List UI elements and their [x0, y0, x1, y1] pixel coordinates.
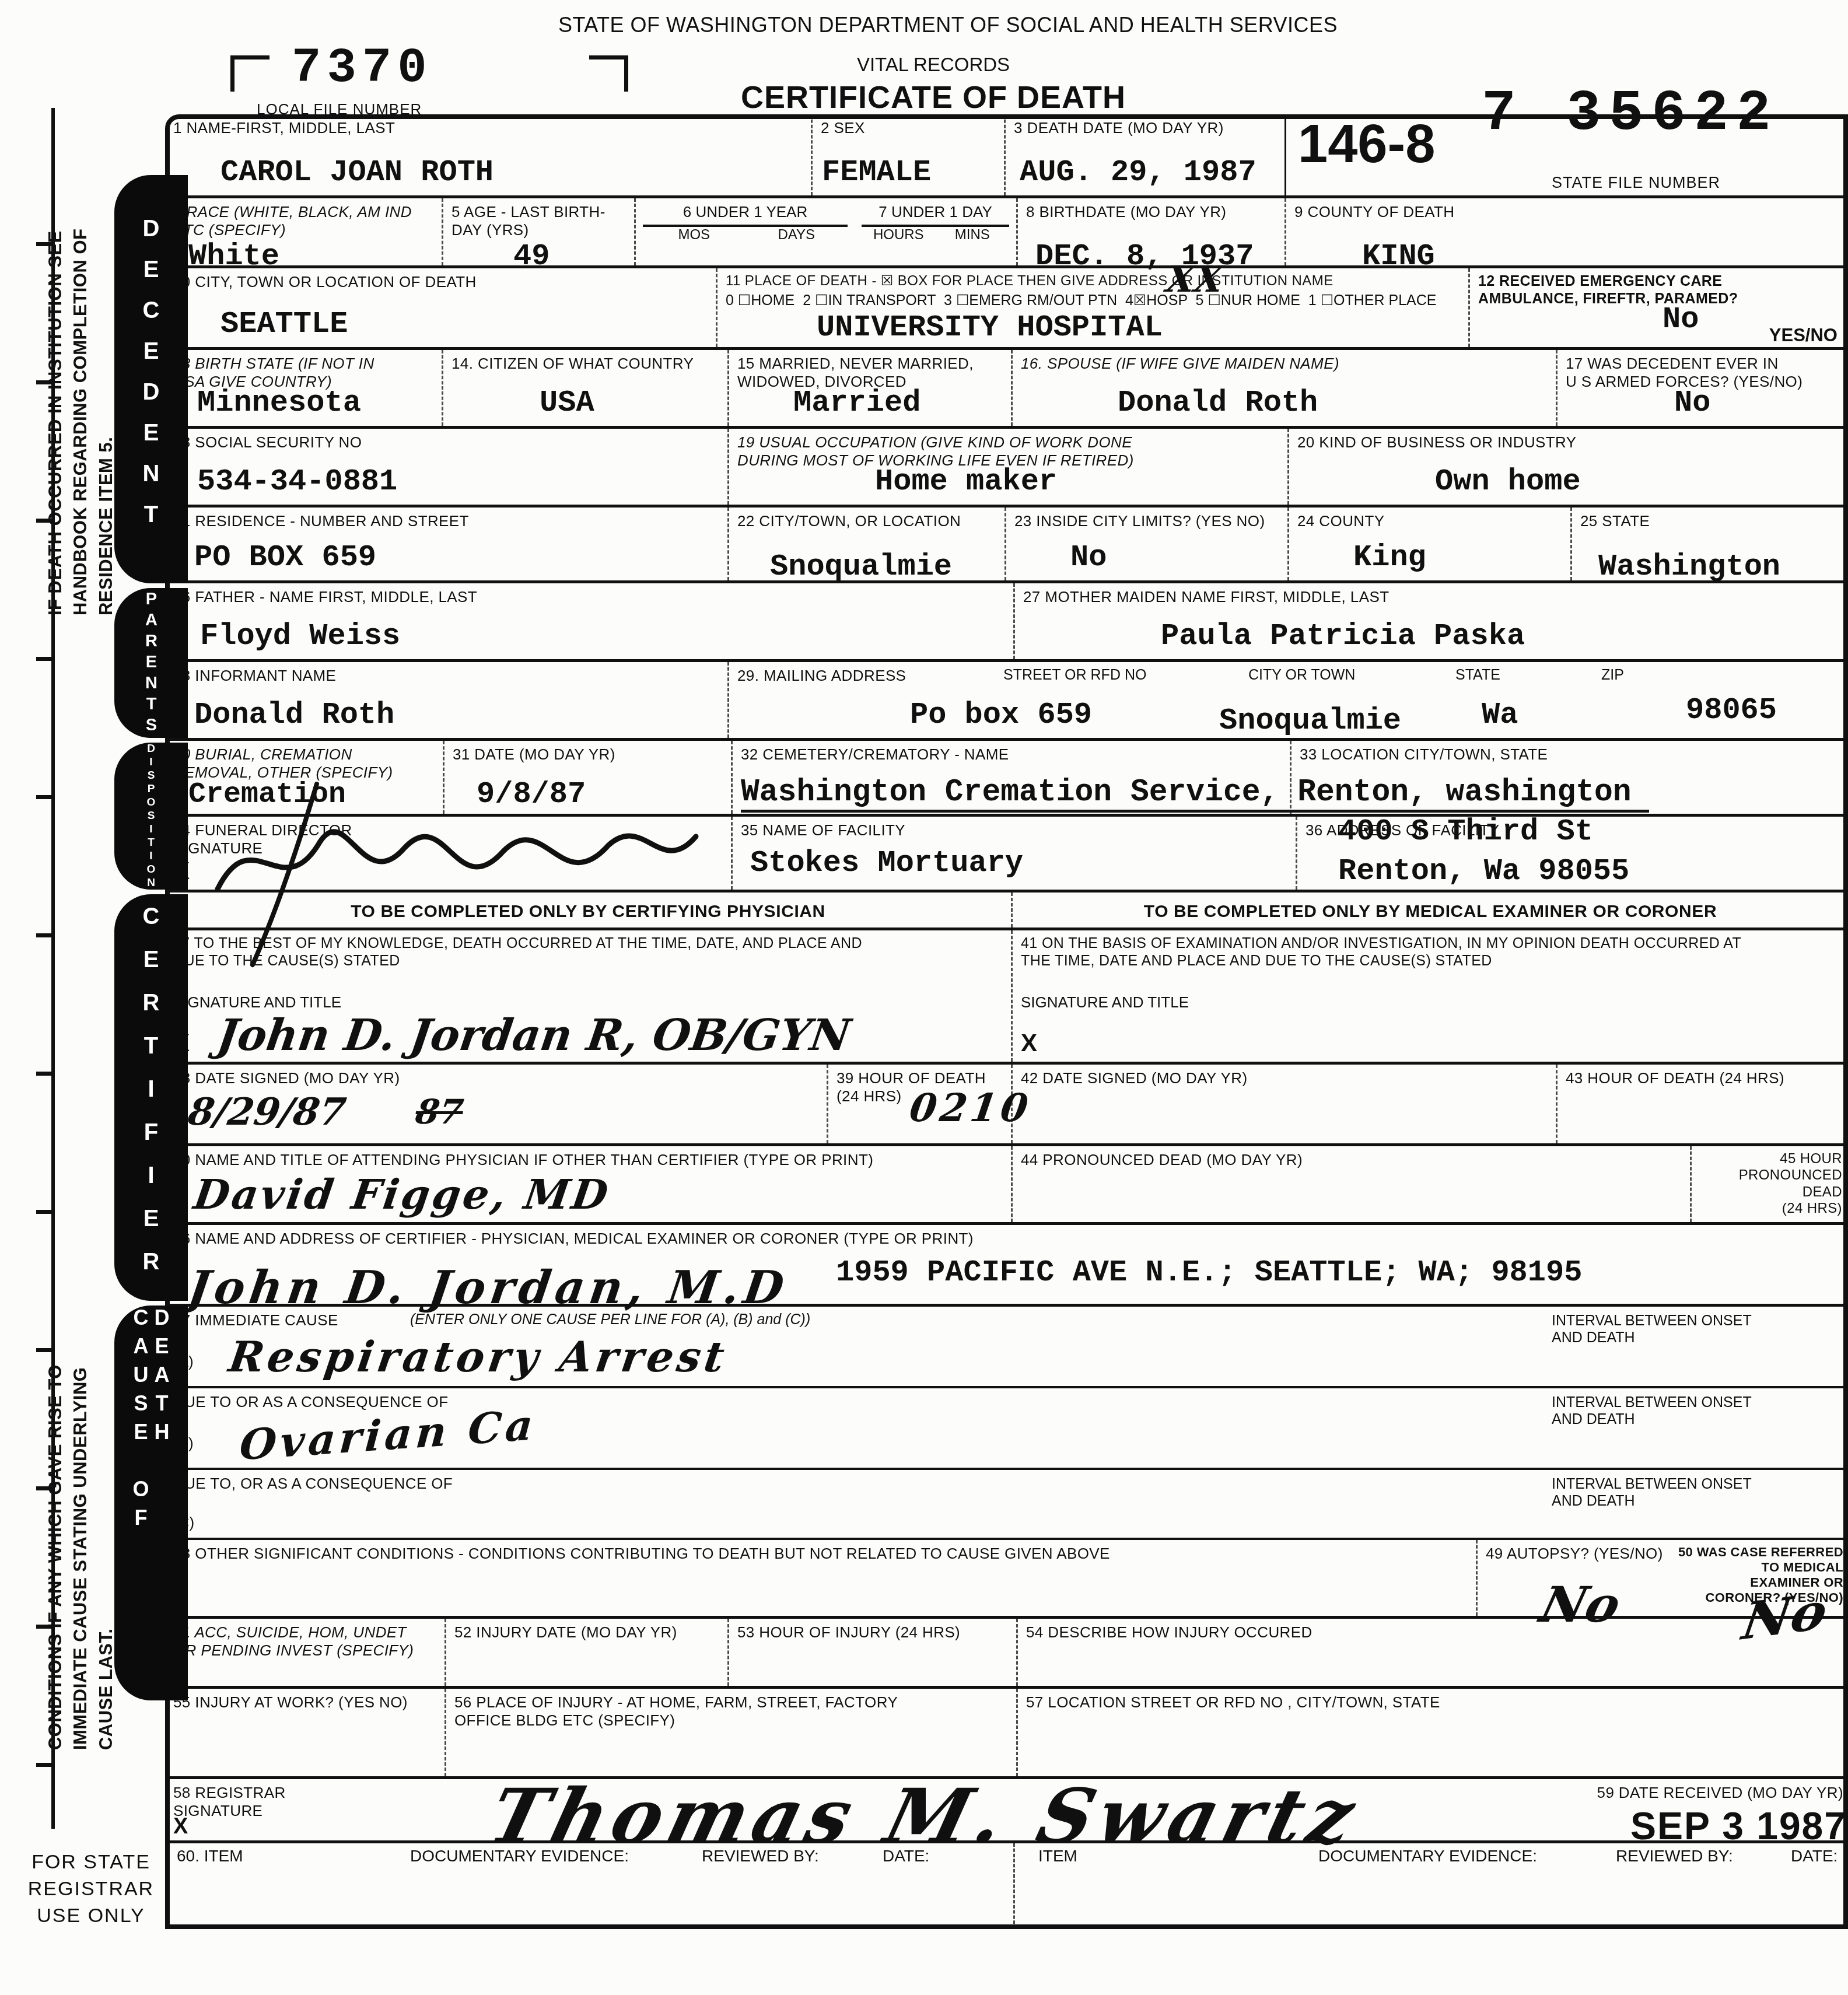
field-injury-at-work: 55 INJURY AT WORK? (YES NO)	[165, 1689, 446, 1776]
field-injury-location: 57 LOCATION STREET OR RFD NO , CITY/TOWN…	[1018, 1689, 1848, 1776]
field-business-industry-label: 20 KIND OF BUSINESS OR INDUSTRY	[1289, 429, 1848, 452]
field-inside-city-limits-value: No	[1070, 540, 1107, 575]
field-sex: 2 SEX FEMALE	[813, 114, 1006, 195]
field-ssn-value: 534-34-0881	[197, 464, 397, 499]
reviewed-by2-label: REVIEWED BY:	[1616, 1847, 1733, 1866]
field-autopsy-label: 49 AUTOPSY? (YES/NO)	[1478, 1540, 1668, 1563]
field-under-1-day-label: 7 UNDER 1 DAY	[878, 203, 992, 220]
field-disposition-location-label: 33 LOCATION CITY/TOWN, STATE	[1291, 741, 1848, 764]
certificate-title: CERTIFICATE OF DEATH	[525, 79, 1342, 116]
interval-label-b: INTERVAL BETWEEN ONSET AND DEATH	[1552, 1388, 1848, 1428]
field-hour-pronounced-dead-label: 45 HOUR PRONOUNCED DEAD (24 HRS)	[1692, 1146, 1848, 1217]
field-injury-date: 52 INJURY DATE (MO DAY YR)	[446, 1619, 729, 1686]
mailing-city-label: CITY OR TOWN	[1248, 667, 1355, 684]
interval-label-a: INTERVAL BETWEEN ONSET AND DEATH	[1552, 1307, 1848, 1346]
field-mother-name-value: Paula Patricia Paska	[1161, 619, 1525, 653]
field-ssn-label: 18 SOCIAL SECURITY NO	[165, 429, 727, 452]
field-residence-street-value: PO BOX 659	[194, 540, 376, 575]
field-business-industry: 20 KIND OF BUSINESS OR INDUSTRY Own home	[1289, 429, 1848, 505]
field-birthdate-label: 8 BIRTHDATE (MO DAY YR)	[1018, 198, 1284, 221]
field-residence-county-value: King	[1353, 540, 1426, 575]
field-disposition-date-label: 31 DATE (MO DAY YR)	[444, 741, 731, 764]
field-place-of-injury-label: 56 PLACE OF INJURY - AT HOME, FARM, STRE…	[446, 1689, 1016, 1729]
field-acc-suicide-hom-label: 51 ACC, SUICIDE, HOM, UNDET OR PENDING I…	[165, 1619, 444, 1659]
field-date-received: 59 DATE RECEIVED (MO DAY YR) SEP 3 1987	[1686, 1779, 1848, 1840]
field-place-of-death-label: 11 PLACE OF DEATH - ☒ BOX FOR PLACE THEN…	[717, 268, 1468, 289]
mailing-street-value: Po box 659	[910, 698, 1092, 732]
field-examiner-date-signed-label: 42 DATE SIGNED (MO DAY YR)	[1013, 1065, 1556, 1087]
field-residence-state-label: 25 STATE	[1572, 508, 1848, 530]
field-city-of-death: 10 CITY, TOWN OR LOCATION OF DEATH SEATT…	[165, 268, 717, 347]
field-examiner-certification: 41 ON THE BASIS OF EXAMINATION AND/OR IN…	[1013, 930, 1848, 1062]
mailing-state-label: STATE	[1455, 667, 1500, 684]
row-informant: 28 INFORMANT NAME Donald Roth 29. MAILIN…	[165, 662, 1848, 741]
field-physician-certification: 37 TO THE BEST OF MY KNOWLEDGE, DEATH OC…	[165, 930, 1013, 1062]
registrar-x: X	[173, 1814, 188, 1839]
field-cause-due-to-1: DUE TO OR AS A CONSEQUENCE OF (B) Ovaria…	[165, 1388, 1552, 1468]
field-cemetery-crematory-label: 32 CEMETERY/CREMATORY - NAME	[733, 741, 1290, 764]
field-birthdate: 8 BIRTHDATE (MO DAY YR) DEC. 8, 1937	[1018, 198, 1286, 265]
field-informant-name-value: Donald Roth	[194, 698, 394, 732]
row-certifier-band: TO BE COMPLETED ONLY BY CERTIFYING PHYSI…	[165, 892, 1848, 930]
medical-examiner-band: TO BE COMPLETED ONLY BY MEDICAL EXAMINER…	[1013, 892, 1848, 928]
certifying-physician-band: TO BE COMPLETED ONLY BY CERTIFYING PHYSI…	[165, 892, 1013, 928]
row-certifier-name-address: 46 NAME AND ADDRESS OF CERTIFIER - PHYSI…	[165, 1225, 1848, 1307]
field-facility-address-line1: 400 S Third St	[1338, 814, 1593, 849]
state-file-number: 7 35622	[1482, 82, 1779, 146]
field-spouse: 16. SPOUSE (IF WIFE GIVE MAIDEN NAME) Do…	[1013, 350, 1557, 426]
field-father-name-label: 26 FATHER - NAME FIRST, MIDDLE, LAST	[165, 583, 1013, 606]
date-received-stamp: SEP 3 1987	[1630, 1804, 1847, 1848]
batch-code: 146-8	[1298, 114, 1435, 175]
certifier-name-handwritten: John D. Jordan, M.D	[185, 1261, 792, 1314]
field-birth-state: 13 BIRTH STATE (IF NOT IN USA GIVE COUNT…	[165, 350, 443, 426]
field-inside-city-limits: 23 INSIDE CITY LIMITS? (YES NO) No	[1006, 508, 1289, 580]
field-injury-location-label: 57 LOCATION STREET OR RFD NO , CITY/TOWN…	[1018, 1689, 1848, 1711]
field-cause-due-to-2: DUE TO, OR AS A CONSEQUENCE OF (C)	[165, 1470, 1552, 1538]
row-funeral: 34 FUNERAL DIRECTOR SIGNATURE X 35 NAME …	[165, 817, 1848, 892]
field-informant-name: 28 INFORMANT NAME Donald Roth	[165, 662, 729, 738]
place-of-death-hand-mark: XX	[1164, 258, 1226, 300]
field-residence-street: 21 RESIDENCE - NUMBER AND STREET PO BOX …	[165, 508, 729, 580]
examiner-signature-title-label: SIGNATURE AND TITLE	[1021, 993, 1189, 1012]
field-armed-forces: 17 WAS DECEDENT EVER IN U S ARMED FORCES…	[1557, 350, 1848, 426]
field-referred-to-examiner: 50 WAS CASE REFERRED TO MEDICAL EXAMINER…	[1668, 1540, 1848, 1616]
field-sex-value: FEMALE	[822, 155, 931, 190]
field-marital-status: 15 MARRIED, NEVER MARRIED, WIDOWED, DIVO…	[729, 350, 1013, 426]
field-city-of-death-value: SEATTLE	[220, 307, 348, 341]
field-attending-physician-label: 40 NAME AND TITLE OF ATTENDING PHYSICIAN…	[165, 1146, 1011, 1169]
field-facility-name: 35 NAME OF FACILITY Stokes Mortuary	[733, 817, 1297, 890]
field-burial-cremation-label: 30 BURIAL, CREMATION REMOVAL, OTHER (SPE…	[165, 741, 443, 781]
physician-signature: John D. Jordan R, OB/GYN	[214, 1010, 853, 1060]
row-parents: 26 FATHER - NAME FIRST, MIDDLE, LAST Flo…	[165, 583, 1848, 662]
field-residence-city-value: Snoqualmie	[770, 549, 952, 584]
field-referred-to-examiner-value: No	[1738, 1580, 1831, 1651]
item1-label: 60. ITEM	[177, 1847, 243, 1866]
field-examiner-date-signed: 42 DATE SIGNED (MO DAY YR)	[1013, 1065, 1557, 1143]
field-marital-status-label: 15 MARRIED, NEVER MARRIED, WIDOWED, DIVO…	[729, 350, 1011, 390]
field-residence-city-label: 22 CITY/TOWN, OR LOCATION	[729, 508, 1005, 530]
field-emergency-care-value: No	[1662, 302, 1699, 337]
row-injury-2: 55 INJURY AT WORK? (YES NO) 56 PLACE OF …	[165, 1689, 1848, 1779]
row-registrar: 58 REGISTRAR SIGNATURE X Thomas M. Swart…	[165, 1779, 1848, 1843]
row-birthstate-citizen-married: 13 BIRTH STATE (IF NOT IN USA GIVE COUNT…	[165, 350, 1848, 429]
field-facility-name-label: 35 NAME OF FACILITY	[733, 817, 1296, 839]
field-business-industry-value: Own home	[1435, 464, 1581, 499]
emergency-care-yesno-label: YES/NO	[1769, 325, 1838, 346]
field-residence-street-label: 21 RESIDENCE - NUMBER AND STREET	[165, 508, 727, 530]
under1yr-days-label: DAYS	[745, 227, 848, 243]
under1yr-mos-label: MOS	[643, 227, 745, 243]
row-ssn-occupation: 18 SOCIAL SECURITY NO 534-34-0881 19 USU…	[165, 429, 1848, 508]
field-spouse-value: Donald Roth	[1118, 386, 1318, 420]
field-place-of-death-value: UNIVERSITY HOSPITAL	[817, 310, 1163, 345]
vital-records-subtitle: VITAL RECORDS	[525, 54, 1342, 76]
mailing-state-value: Wa	[1482, 698, 1518, 732]
field-cemetery-crematory-value: Washington Cremation Service, Renton, wa…	[741, 775, 1649, 813]
field-date-signed-label: 38 DATE SIGNED (MO DAY YR)	[165, 1065, 827, 1087]
field-certifier-name-address: 46 NAME AND ADDRESS OF CERTIFIER - PHYSI…	[165, 1225, 1848, 1304]
local-file-number-label: LOCAL FILE NUMBER	[257, 100, 422, 118]
row-race-age-birthdate: 4 RACE (WHITE, BLACK, AM IND ETC (SPECIF…	[165, 198, 1848, 268]
field-residence-state-value: Washington	[1598, 549, 1780, 584]
field-facility-address: 36 ADDRESS OF FACILITY 400 S Third St Re…	[1297, 817, 1848, 890]
field-examiner-hour-of-death-label: 43 HOUR OF DEATH (24 HRS)	[1557, 1065, 1848, 1087]
interval-onset-death-b: INTERVAL BETWEEN ONSET AND DEATH	[1552, 1388, 1848, 1468]
registrar-signature: Thomas M. Swartz	[481, 1773, 1368, 1860]
field-autopsy-value: No	[1535, 1576, 1626, 1633]
field-death-date-label: 3 DEATH DATE (MO DAY YR)	[1006, 114, 1284, 137]
field-hour-pronounced-dead: 45 HOUR PRONOUNCED DEAD (24 HRS)	[1692, 1146, 1848, 1222]
field-emergency-care: 12 RECEIVED EMERGENCY CARE AMBULANCE, FI…	[1470, 268, 1848, 347]
row-attending-physician: 40 NAME AND TITLE OF ATTENDING PHYSICIAN…	[165, 1146, 1848, 1225]
field-citizen-country-value: USA	[540, 386, 594, 420]
field-occupation: 19 USUAL OCCUPATION (GIVE KIND OF WORK D…	[729, 429, 1289, 505]
row-other-conditions: 48 OTHER SIGNIFICANT CONDITIONS - CONDIT…	[165, 1540, 1848, 1619]
field-how-injury-occured-label: 54 DESCRIBE HOW INJURY OCCURED	[1018, 1619, 1848, 1641]
field-pronounced-dead-label: 44 PRONOUNCED DEAD (MO DAY YR)	[1013, 1146, 1690, 1169]
field-examiner-certification-label: 41 ON THE BASIS OF EXAMINATION AND/OR IN…	[1013, 930, 1848, 970]
field-hour-of-injury: 53 HOUR OF INJURY (24 HRS)	[729, 1619, 1018, 1686]
under1day-mins-label: MINS	[936, 227, 1010, 243]
field-informant-name-label: 28 INFORMANT NAME	[165, 662, 727, 685]
mailing-street-label: STREET OR RFD NO	[1003, 667, 1146, 684]
row-cause-c: DUE TO, OR AS A CONSEQUENCE OF (C) INTER…	[165, 1470, 1848, 1540]
row-residence: 21 RESIDENCE - NUMBER AND STREET PO BOX …	[165, 508, 1848, 583]
field-how-injury-occured: 54 DESCRIBE HOW INJURY OCCURED	[1018, 1619, 1848, 1686]
field-residence-city: 22 CITY/TOWN, OR LOCATION Snoqualmie	[729, 508, 1006, 580]
mailing-city-value: Snoqualmie	[1219, 703, 1401, 738]
field-under-1-year: 6 UNDER 1 YEAR MOSDAYS	[636, 198, 855, 265]
field-autopsy: 49 AUTOPSY? (YES/NO) No	[1476, 1540, 1668, 1616]
field-city-of-death-label: 10 CITY, TOWN OR LOCATION OF DEATH	[165, 268, 716, 291]
field-hour-of-injury-label: 53 HOUR OF INJURY (24 HRS)	[729, 1619, 1016, 1641]
date-signed-strikeout: 87	[413, 1092, 466, 1132]
institution-note: IF DEATH OCCURRED IN INSTITUTION SEE HAN…	[43, 160, 118, 615]
field-under-1-day: 7 UNDER 1 DAY HOURSMINS	[855, 198, 1018, 265]
cause-a-value: Respiratory Arrest	[226, 1332, 731, 1381]
field-sex-label: 2 SEX	[813, 114, 1004, 137]
field-father-name-value: Floyd Weiss	[200, 619, 400, 653]
field-marital-status-value: Married	[793, 386, 921, 420]
tab-cause-of-death: CAUSE OF DEATH	[114, 1305, 188, 1700]
interval-onset-death-a: INTERVAL BETWEEN ONSET AND DEATH	[1552, 1307, 1848, 1386]
interval-label-c: INTERVAL BETWEEN ONSET AND DEATH	[1552, 1470, 1848, 1510]
field-mailing-address-label: 29. MAILING ADDRESS	[729, 662, 911, 685]
mailing-zip-label: ZIP	[1601, 667, 1624, 684]
tab-disposition: DISPOSITION	[114, 743, 188, 890]
field-place-of-death: 11 PLACE OF DEATH - ☒ BOX FOR PLACE THEN…	[717, 268, 1470, 347]
field-birth-state-value: Minnesota	[197, 386, 361, 420]
field-age-label: 5 AGE - LAST BIRTH- DAY (YRS)	[443, 198, 634, 239]
tab-parents: PARENTS	[114, 588, 188, 738]
mailing-zip-value: 98065	[1686, 693, 1777, 727]
field-facility-name-value: Stokes Mortuary	[750, 846, 1023, 880]
field-facility-address-line2: Renton, Wa 98055	[1338, 854, 1629, 888]
due-to-1-label: DUE TO OR AS A CONSEQUENCE OF	[165, 1388, 1552, 1411]
due-to-2-label: DUE TO, OR AS A CONSEQUENCE OF	[165, 1470, 1552, 1493]
field-mother-name: 27 MOTHER MAIDEN NAME FIRST, MIDDLE, LAS…	[1015, 583, 1848, 659]
field-place-of-injury: 56 PLACE OF INJURY - AT HOME, FARM, STRE…	[446, 1689, 1018, 1776]
field-spouse-label: 16. SPOUSE (IF WIFE GIVE MAIDEN NAME)	[1013, 350, 1556, 373]
field-pronounced-dead: 44 PRONOUNCED DEAD (MO DAY YR)	[1013, 1146, 1692, 1222]
field-funeral-director: 34 FUNERAL DIRECTOR SIGNATURE X	[165, 817, 733, 890]
agency-title: STATE OF WASHINGTON DEPARTMENT OF SOCIAL…	[496, 13, 1400, 37]
row-city-place-of-death: 10 CITY, TOWN OR LOCATION OF DEATH SEATT…	[165, 268, 1848, 350]
field-other-significant-conditions: 48 OTHER SIGNIFICANT CONDITIONS - CONDIT…	[165, 1540, 1476, 1616]
field-birth-state-label: 13 BIRTH STATE (IF NOT IN USA GIVE COUNT…	[165, 350, 442, 390]
field-acc-suicide-hom: 51 ACC, SUICIDE, HOM, UNDET OR PENDING I…	[165, 1619, 446, 1686]
tab-decedent: DECEDENT	[114, 175, 188, 583]
row-cause-a: 47 IMMEDIATE CAUSE (ENTER ONLY ONE CAUSE…	[165, 1307, 1848, 1388]
local-file-number: 7370	[292, 41, 433, 96]
field-cemetery-crematory: 32 CEMETERY/CREMATORY - NAME Washington …	[733, 741, 1291, 814]
examiner-x: X	[1021, 1029, 1037, 1057]
field-attending-physician-value: David Figge, MD	[191, 1170, 613, 1219]
field-name-value: CAROL JOAN ROTH	[220, 155, 494, 190]
field-residence-county-label: 24 COUNTY	[1289, 508, 1570, 530]
under1day-hours-label: HOURS	[862, 227, 936, 243]
field-ssn: 18 SOCIAL SECURITY NO 534-34-0881	[165, 429, 729, 505]
field-under-1-year-label: 6 UNDER 1 YEAR	[683, 203, 807, 220]
field-injury-date-label: 52 INJURY DATE (MO DAY YR)	[446, 1619, 727, 1641]
field-date-signed-value: 8/29/87	[185, 1090, 349, 1134]
field-date-signed: 38 DATE SIGNED (MO DAY YR) 8/29/87 87	[165, 1065, 828, 1143]
field-county-of-death-label: 9 COUNTY OF DEATH	[1286, 198, 1848, 221]
tab-certifier: CERTIFIER	[114, 894, 188, 1301]
field-registrar-signature: 58 REGISTRAR SIGNATURE X Thomas M. Swart…	[165, 1779, 1686, 1840]
conditions-note: CONDITIONS IF ANY WHICH GAVE RISE TO IMM…	[43, 1295, 118, 1750]
field-citizen-country: 14. CITIZEN OF WHAT COUNTRY USA	[443, 350, 729, 426]
date2-label: DATE:	[1791, 1847, 1838, 1866]
field-father-name: 26 FATHER - NAME FIRST, MIDDLE, LAST Flo…	[165, 583, 1015, 659]
field-citizen-country-label: 14. CITIZEN OF WHAT COUNTRY	[443, 350, 727, 373]
field-death-date-value: AUG. 29, 1987	[1020, 155, 1256, 190]
field-inside-city-limits-label: 23 INSIDE CITY LIMITS? (YES NO)	[1006, 508, 1287, 530]
death-certificate-page: 7370 LOCAL FILE NUMBER STATE OF WASHINGT…	[0, 0, 1848, 1995]
field-injury-at-work-label: 55 INJURY AT WORK? (YES NO)	[165, 1689, 444, 1711]
row-cause-b: DUE TO OR AS A CONSEQUENCE OF (B) Ovaria…	[165, 1388, 1848, 1470]
field-examiner-hour-of-death: 43 HOUR OF DEATH (24 HRS)	[1557, 1065, 1848, 1143]
field-mother-name-label: 27 MOTHER MAIDEN NAME FIRST, MIDDLE, LAS…	[1015, 583, 1848, 606]
field-race: 4 RACE (WHITE, BLACK, AM IND ETC (SPECIF…	[165, 198, 443, 265]
field-physician-certification-label: 37 TO THE BEST OF MY KNOWLEDGE, DEATH OC…	[165, 930, 1011, 970]
row-date-signed: 38 DATE SIGNED (MO DAY YR) 8/29/87 87 39…	[165, 1065, 1848, 1146]
interval-onset-death-c: INTERVAL BETWEEN ONSET AND DEATH	[1552, 1470, 1848, 1538]
field-occupation-value: Home maker	[875, 464, 1057, 499]
physician-signature-title-label: SIGNATURE AND TITLE	[173, 993, 341, 1012]
certifier-address-typed: 1959 PACIFIC AVE N.E.; SEATTLE; WA; 9819…	[836, 1255, 1582, 1290]
field-race-label: 4 RACE (WHITE, BLACK, AM IND ETC (SPECIF…	[165, 198, 442, 239]
field-date-received-label: 59 DATE RECEIVED (MO DAY YR)	[1597, 1779, 1846, 1802]
field-armed-forces-value: No	[1674, 386, 1710, 420]
field-mailing-address: 29. MAILING ADDRESS STREET OR RFD NO CIT…	[729, 662, 1848, 738]
field-residence-county: 24 COUNTY King	[1289, 508, 1572, 580]
field-attending-physician: 40 NAME AND TITLE OF ATTENDING PHYSICIAN…	[165, 1146, 1013, 1222]
field-age: 5 AGE - LAST BIRTH- DAY (YRS) 49	[443, 198, 636, 265]
field-name: 1 NAME-FIRST, MIDDLE, LAST CAROL JOAN RO…	[165, 114, 813, 195]
field-hour-of-death: 39 HOUR OF DEATH (24 HRS) 0210	[828, 1065, 1013, 1143]
doc-evidence2-label: DOCUMENTARY EVIDENCE:	[1318, 1847, 1537, 1866]
row-certification-signatures: 37 TO THE BEST OF MY KNOWLEDGE, DEATH OC…	[165, 930, 1848, 1065]
field-immediate-cause: 47 IMMEDIATE CAUSE (ENTER ONLY ONE CAUSE…	[165, 1307, 1552, 1386]
state-file-number-label: STATE FILE NUMBER	[1552, 174, 1720, 192]
local-file-bracket-left	[230, 55, 269, 92]
field-occupation-label: 19 USUAL OCCUPATION (GIVE KIND OF WORK D…	[729, 429, 1287, 469]
field-death-date: 3 DEATH DATE (MO DAY YR) AUG. 29, 1987	[1006, 114, 1286, 195]
field-other-significant-conditions-label: 48 OTHER SIGNIFICANT CONDITIONS - CONDIT…	[165, 1540, 1476, 1563]
field-county-of-death: 9 COUNTY OF DEATH KING	[1286, 198, 1848, 265]
field-armed-forces-label: 17 WAS DECEDENT EVER IN U S ARMED FORCES…	[1557, 350, 1848, 390]
state-registrar-use-note: FOR STATE REGISTRAR USE ONLY	[21, 1849, 161, 1930]
field-emergency-care-label: 12 RECEIVED EMERGENCY CARE AMBULANCE, FI…	[1470, 268, 1848, 307]
field-certifier-name-address-label: 46 NAME AND ADDRESS OF CERTIFIER - PHYSI…	[165, 1225, 1848, 1248]
place-of-death-options: 0 ☐HOME 2 ☐IN TRANSPORT 3 ☐EMERG RM/OUT …	[726, 292, 1437, 309]
field-residence-state: 25 STATE Washington	[1572, 508, 1848, 580]
